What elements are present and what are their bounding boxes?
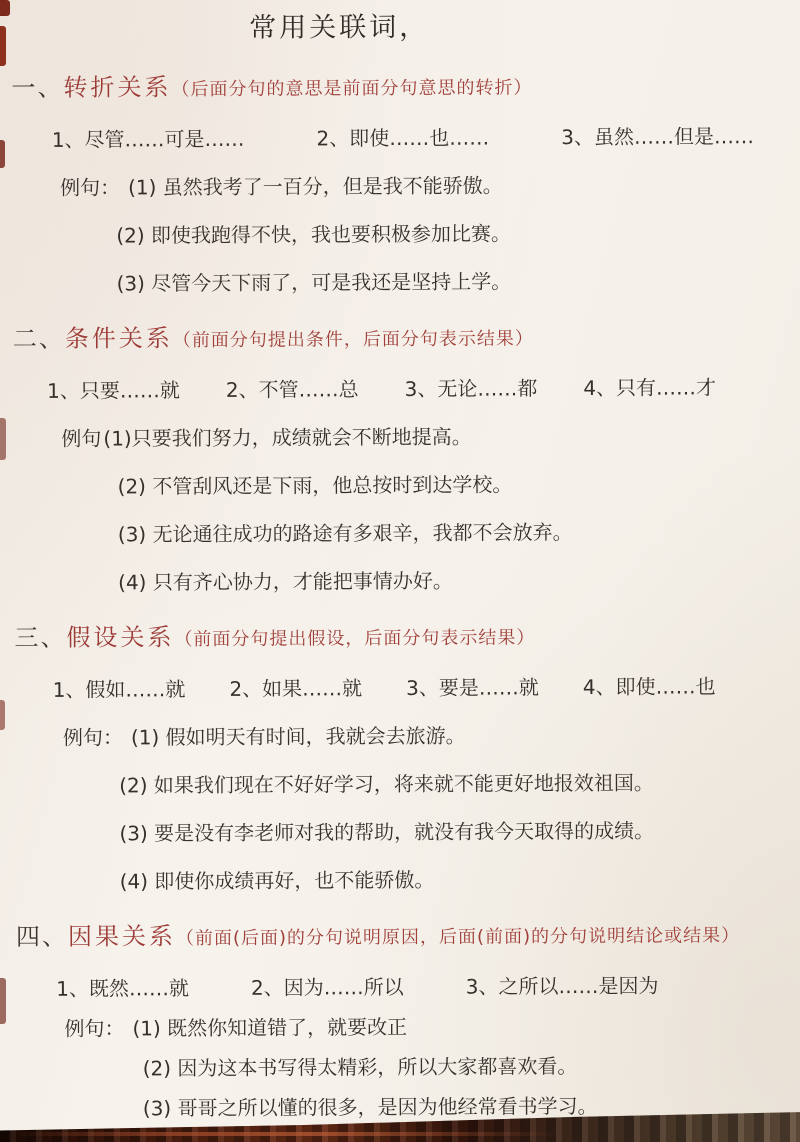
pattern-item: 3、要是……就 [406, 672, 539, 703]
pattern-item: 2、因为……所以 [251, 972, 404, 1003]
example-line: 例句：(1) 虽然我考了一百分，但是我不能骄傲。 [60, 169, 790, 203]
section-title: 假设关系 [66, 623, 174, 652]
section-yinguo: 四、因果关系（前面(后面)的分句说明原因，后面(前面)的分句说明结论或结果） 1… [16, 917, 795, 1124]
examples-label: 例句： [63, 725, 123, 749]
pattern-item: 3、虽然……但是…… [561, 121, 754, 152]
pattern-item: 2、不管……总 [226, 374, 359, 405]
section-title: 条件关系 [65, 324, 173, 353]
section-title: 因果关系 [68, 922, 176, 951]
examples-label: 例句： [64, 1016, 124, 1040]
note-content: 常用关联词， 一、转折关系（后面分句的意思是前面分句意思的转折） 1、尽管……可… [0, 0, 800, 1124]
example-sentence: (2) 不管刮风还是下雨，他总按时到达学校。 [118, 472, 513, 498]
example-line: (3) 要是没有李老师对我的帮助，就没有我今天取得的成绩。 [119, 815, 793, 849]
section-number: 三、 [14, 624, 66, 652]
pattern-item: 2、即使……也…… [316, 123, 489, 154]
section-note: （前面分句提出假设，后面分句表示结果） [174, 627, 535, 650]
section-note: （前面(后面)的分句说明原因，后面(前面)的分句说明结论或结果） [176, 925, 740, 949]
handwritten-note-photo: 常用关联词， 一、转折关系（后面分句的意思是前面分句意思的转折） 1、尽管……可… [0, 0, 800, 1142]
section-zhuanzhe: 一、转折关系（后面分句的意思是前面分句意思的转折） 1、尽管……可是…… 2、即… [11, 68, 790, 299]
example-sentence: (2) 即使我跑得不快，我也要积极参加比赛。 [116, 221, 511, 247]
example-line: (3) 无论通往成功的路途有多艰辛，我都不会放弃。 [118, 516, 792, 550]
example-line: 例句(1)只要我们努力，成绩就会不断地提高。 [61, 420, 791, 454]
pattern-row: 1、只要……就 2、不管……总 3、无论……都 4、只有……才 [47, 372, 791, 406]
example-line: (2) 不管刮风还是下雨，他总按时到达学校。 [118, 468, 792, 502]
pattern-item: 3、之所以……是因为 [466, 971, 659, 1002]
pattern-item: 4、即使……也 [583, 671, 716, 702]
example-sentence: (1) 虽然我考了一百分，但是我不能骄傲。 [128, 173, 503, 199]
pattern-item: 1、假如……就 [53, 674, 186, 705]
example-sentence: (2) 如果我们现在不好好学习，将来就不能更好地报效祖国。 [119, 771, 654, 798]
example-sentence: (1)只要我们努力，成绩就会不断地提高。 [103, 425, 471, 451]
section-heading: 四、因果关系（前面(后面)的分句说明原因，后面(前面)的分句说明结论或结果） [16, 917, 794, 956]
example-sentence: (1) 既然你知道错了，就要改正 [132, 1015, 407, 1040]
pattern-item: 2、如果……就 [229, 673, 362, 704]
section-note: （前面分句提出条件，后面分句表示结果） [173, 328, 534, 351]
example-line: (2) 即使我跑得不快，我也要积极参加比赛。 [116, 217, 790, 251]
section-number: 一、 [11, 74, 63, 102]
page-title: 常用关联词， [249, 8, 789, 47]
pattern-row: 1、尽管……可是…… 2、即使……也…… 3、虽然……但是…… [52, 121, 790, 155]
section-heading: 一、转折关系（后面分句的意思是前面分句意思的转折） [11, 68, 789, 107]
paper-edge-mark [0, 418, 6, 460]
example-sentence: (3) 要是没有李老师对我的帮助，就没有我今天取得的成绩。 [119, 819, 654, 846]
pattern-item: 1、尽管……可是…… [52, 124, 245, 155]
example-sentence: (4) 只有齐心协力，才能把事情办好。 [118, 569, 453, 595]
pattern-row: 1、假如……就 2、如果……就 3、要是……就 4、即使……也 [53, 671, 793, 705]
paper-edge-mark [0, 978, 6, 1024]
pattern-item: 4、只有……才 [583, 372, 716, 403]
desk-highlight [16, 1132, 560, 1136]
example-sentence: (3) 哥哥之所以懂的很多，是因为他经常看书学习。 [143, 1094, 598, 1120]
example-line: 例句：(1) 既然你知道错了，就要改正 [64, 1010, 794, 1044]
example-line: 例句：(1) 假如明天有时间，我就会去旅游。 [63, 719, 793, 753]
example-sentence: (4) 即使你成绩再好，也不能骄傲。 [120, 868, 435, 894]
section-title: 转折关系 [63, 73, 171, 102]
pattern-item: 1、只要……就 [47, 375, 180, 406]
section-heading: 二、条件关系（前面分句提出条件，后面分句表示结果） [13, 319, 791, 358]
section-note: （后面分句的意思是前面分句意思的转折） [171, 77, 532, 100]
example-sentence: (2) 因为这本书写得太精彩，所以大家都喜欢看。 [143, 1054, 578, 1080]
example-line: (2) 因为这本书写得太精彩，所以大家都喜欢看。 [143, 1050, 795, 1083]
example-line: (3) 尽管今天下雨了，可是我还是坚持上学。 [116, 265, 790, 299]
paper-edge-mark [0, 0, 10, 16]
paper-edge-mark [0, 700, 5, 730]
pattern-item: 1、既然……就 [56, 973, 189, 1004]
examples-label: 例句： [60, 175, 120, 199]
section-number: 二、 [13, 325, 65, 353]
example-line: (4) 即使你成绩再好，也不能骄傲。 [120, 863, 794, 897]
section-jiashe: 三、假设关系（前面分句提出假设，后面分句表示结果） 1、假如……就 2、如果……… [14, 618, 793, 897]
examples-label: 例句 [61, 427, 101, 451]
example-line: (2) 如果我们现在不好好学习，将来就不能更好地报效祖国。 [119, 767, 793, 801]
example-sentence: (3) 无论通往成功的路途有多艰辛，我都不会放弃。 [118, 520, 573, 546]
pattern-item: 3、无论……都 [404, 373, 537, 404]
section-number: 四、 [16, 923, 68, 951]
example-line: (4) 只有齐心协力，才能把事情办好。 [118, 564, 792, 598]
paper-edge-mark [0, 26, 6, 66]
example-sentence: (3) 尽管今天下雨了，可是我还是坚持上学。 [116, 269, 511, 295]
pattern-row: 1、既然……就 2、因为……所以 3、之所以……是因为 [56, 970, 794, 1004]
paper-edge-mark [0, 140, 5, 168]
section-heading: 三、假设关系（前面分句提出假设，后面分句表示结果） [14, 618, 792, 657]
section-tiaojian: 二、条件关系（前面分句提出条件，后面分句表示结果） 1、只要……就 2、不管……… [13, 319, 792, 598]
example-sentence: (1) 假如明天有时间，我就会去旅游。 [131, 724, 466, 750]
